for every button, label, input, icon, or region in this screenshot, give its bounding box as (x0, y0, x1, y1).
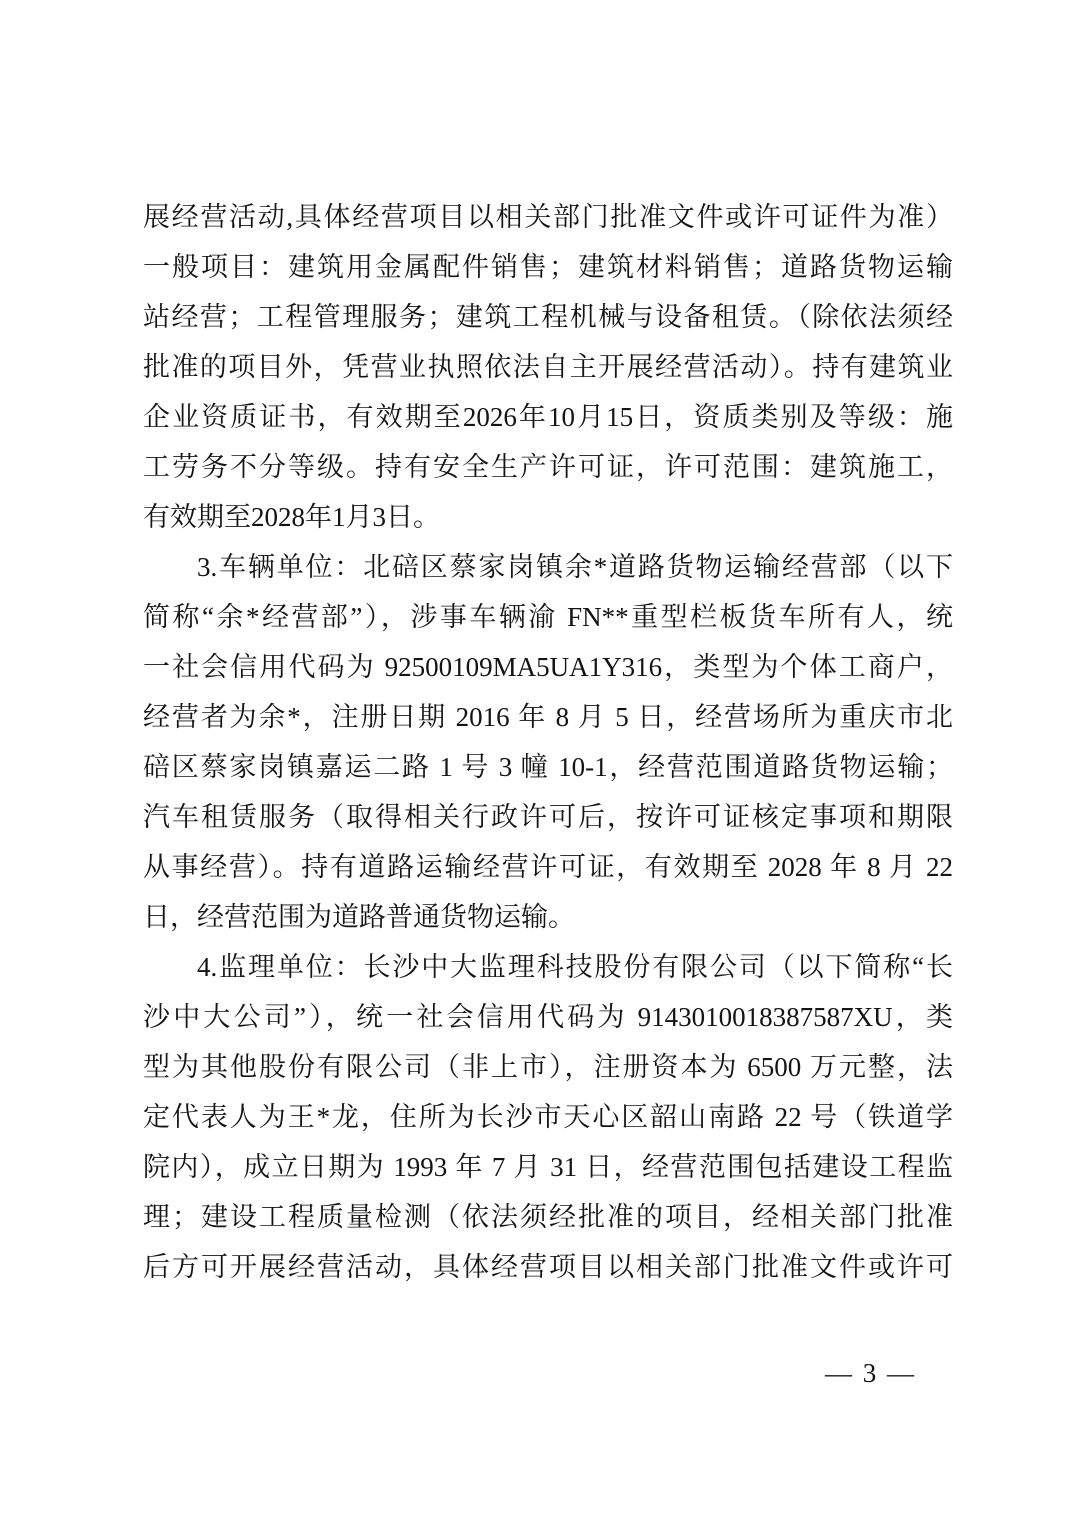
text-line: 4.监理单位：长沙中大监理科技股份有限公司（以下简称“长 (143, 942, 953, 992)
text-line: 型为其他股份有限公司（非上市），注册资本为 6500 万元整，法 (143, 1042, 953, 1092)
text-line: 理；建设工程质量检测（依法须经批准的项目，经相关部门批准 (143, 1192, 953, 1242)
text-line: 批准的项目外，凭营业执照依法自主开展经营活动）。持有建筑业 (143, 342, 953, 392)
text-line: 院内），成立日期为 1993 年 7 月 31 日，经营范围包括建设工程监 (143, 1142, 953, 1192)
text-line: 有效期至2028年1月3日。 (143, 492, 953, 542)
text-line: 3.车辆单位：北碚区蔡家岗镇余*道路货物运输经营部（以下 (143, 542, 953, 592)
paragraph-1: 展经营活动,具体经营项目以相关部门批准文件或许可证件为准）一般项目：建筑用金属配… (143, 192, 953, 542)
text-line: 定代表人为王*龙，住所为长沙市天心区韶山南路 22 号（铁道学 (143, 1092, 953, 1142)
text-line: 沙中大公司”），统一社会信用代码为 9143010018387587XU，类 (143, 992, 953, 1042)
text-line: 简称“余*经营部”），涉事车辆渝 FN**重型栏板货车所有人，统 (143, 592, 953, 642)
text-line: 工劳务不分等级。持有安全生产许可证，许可范围：建筑施工， (143, 442, 953, 492)
text-line: 企业资质证书，有效期至2026年10月15日，资质类别及等级：施 (143, 392, 953, 442)
page-number: — 3 — (825, 1358, 916, 1388)
text-line: 后方可开展经营活动，具体经营项目以相关部门批准文件或许可 (143, 1242, 953, 1292)
text-line: 站经营；工程管理服务；建筑工程机械与设备租赁。（除依法须经 (143, 292, 953, 342)
text-line: 日，经营范围为道路普通货物运输。 (143, 892, 953, 942)
paragraph-2: 3.车辆单位：北碚区蔡家岗镇余*道路货物运输经营部（以下简称“余*经营部”），涉… (143, 542, 953, 942)
text-line: 汽车租赁服务（取得相关行政许可后，按许可证核定事项和期限 (143, 792, 953, 842)
text-line: 一社会信用代码为 92500109MA5UA1Y316，类型为个体工商户， (143, 642, 953, 692)
document-text-block: 展经营活动,具体经营项目以相关部门批准文件或许可证件为准）一般项目：建筑用金属配… (143, 192, 953, 1292)
text-line: 展经营活动,具体经营项目以相关部门批准文件或许可证件为准） (143, 192, 953, 242)
text-line: 一般项目：建筑用金属配件销售；建筑材料销售；道路货物运输 (143, 242, 953, 292)
text-line: 碚区蔡家岗镇嘉运二路 1 号 3 幢 10-1，经营范围道路货物运输； (143, 742, 953, 792)
page-footer: — 3 — (825, 1352, 916, 1394)
text-line: 从事经营）。持有道路运输经营许可证，有效期至 2028 年 8 月 22 (143, 842, 953, 892)
document-page: 展经营活动,具体经营项目以相关部门批准文件或许可证件为准）一般项目：建筑用金属配… (0, 0, 1074, 1520)
text-line: 经营者为余*，注册日期 2016 年 8 月 5 日，经营场所为重庆市北 (143, 692, 953, 742)
paragraph-3: 4.监理单位：长沙中大监理科技股份有限公司（以下简称“长沙中大公司”），统一社会… (143, 942, 953, 1292)
